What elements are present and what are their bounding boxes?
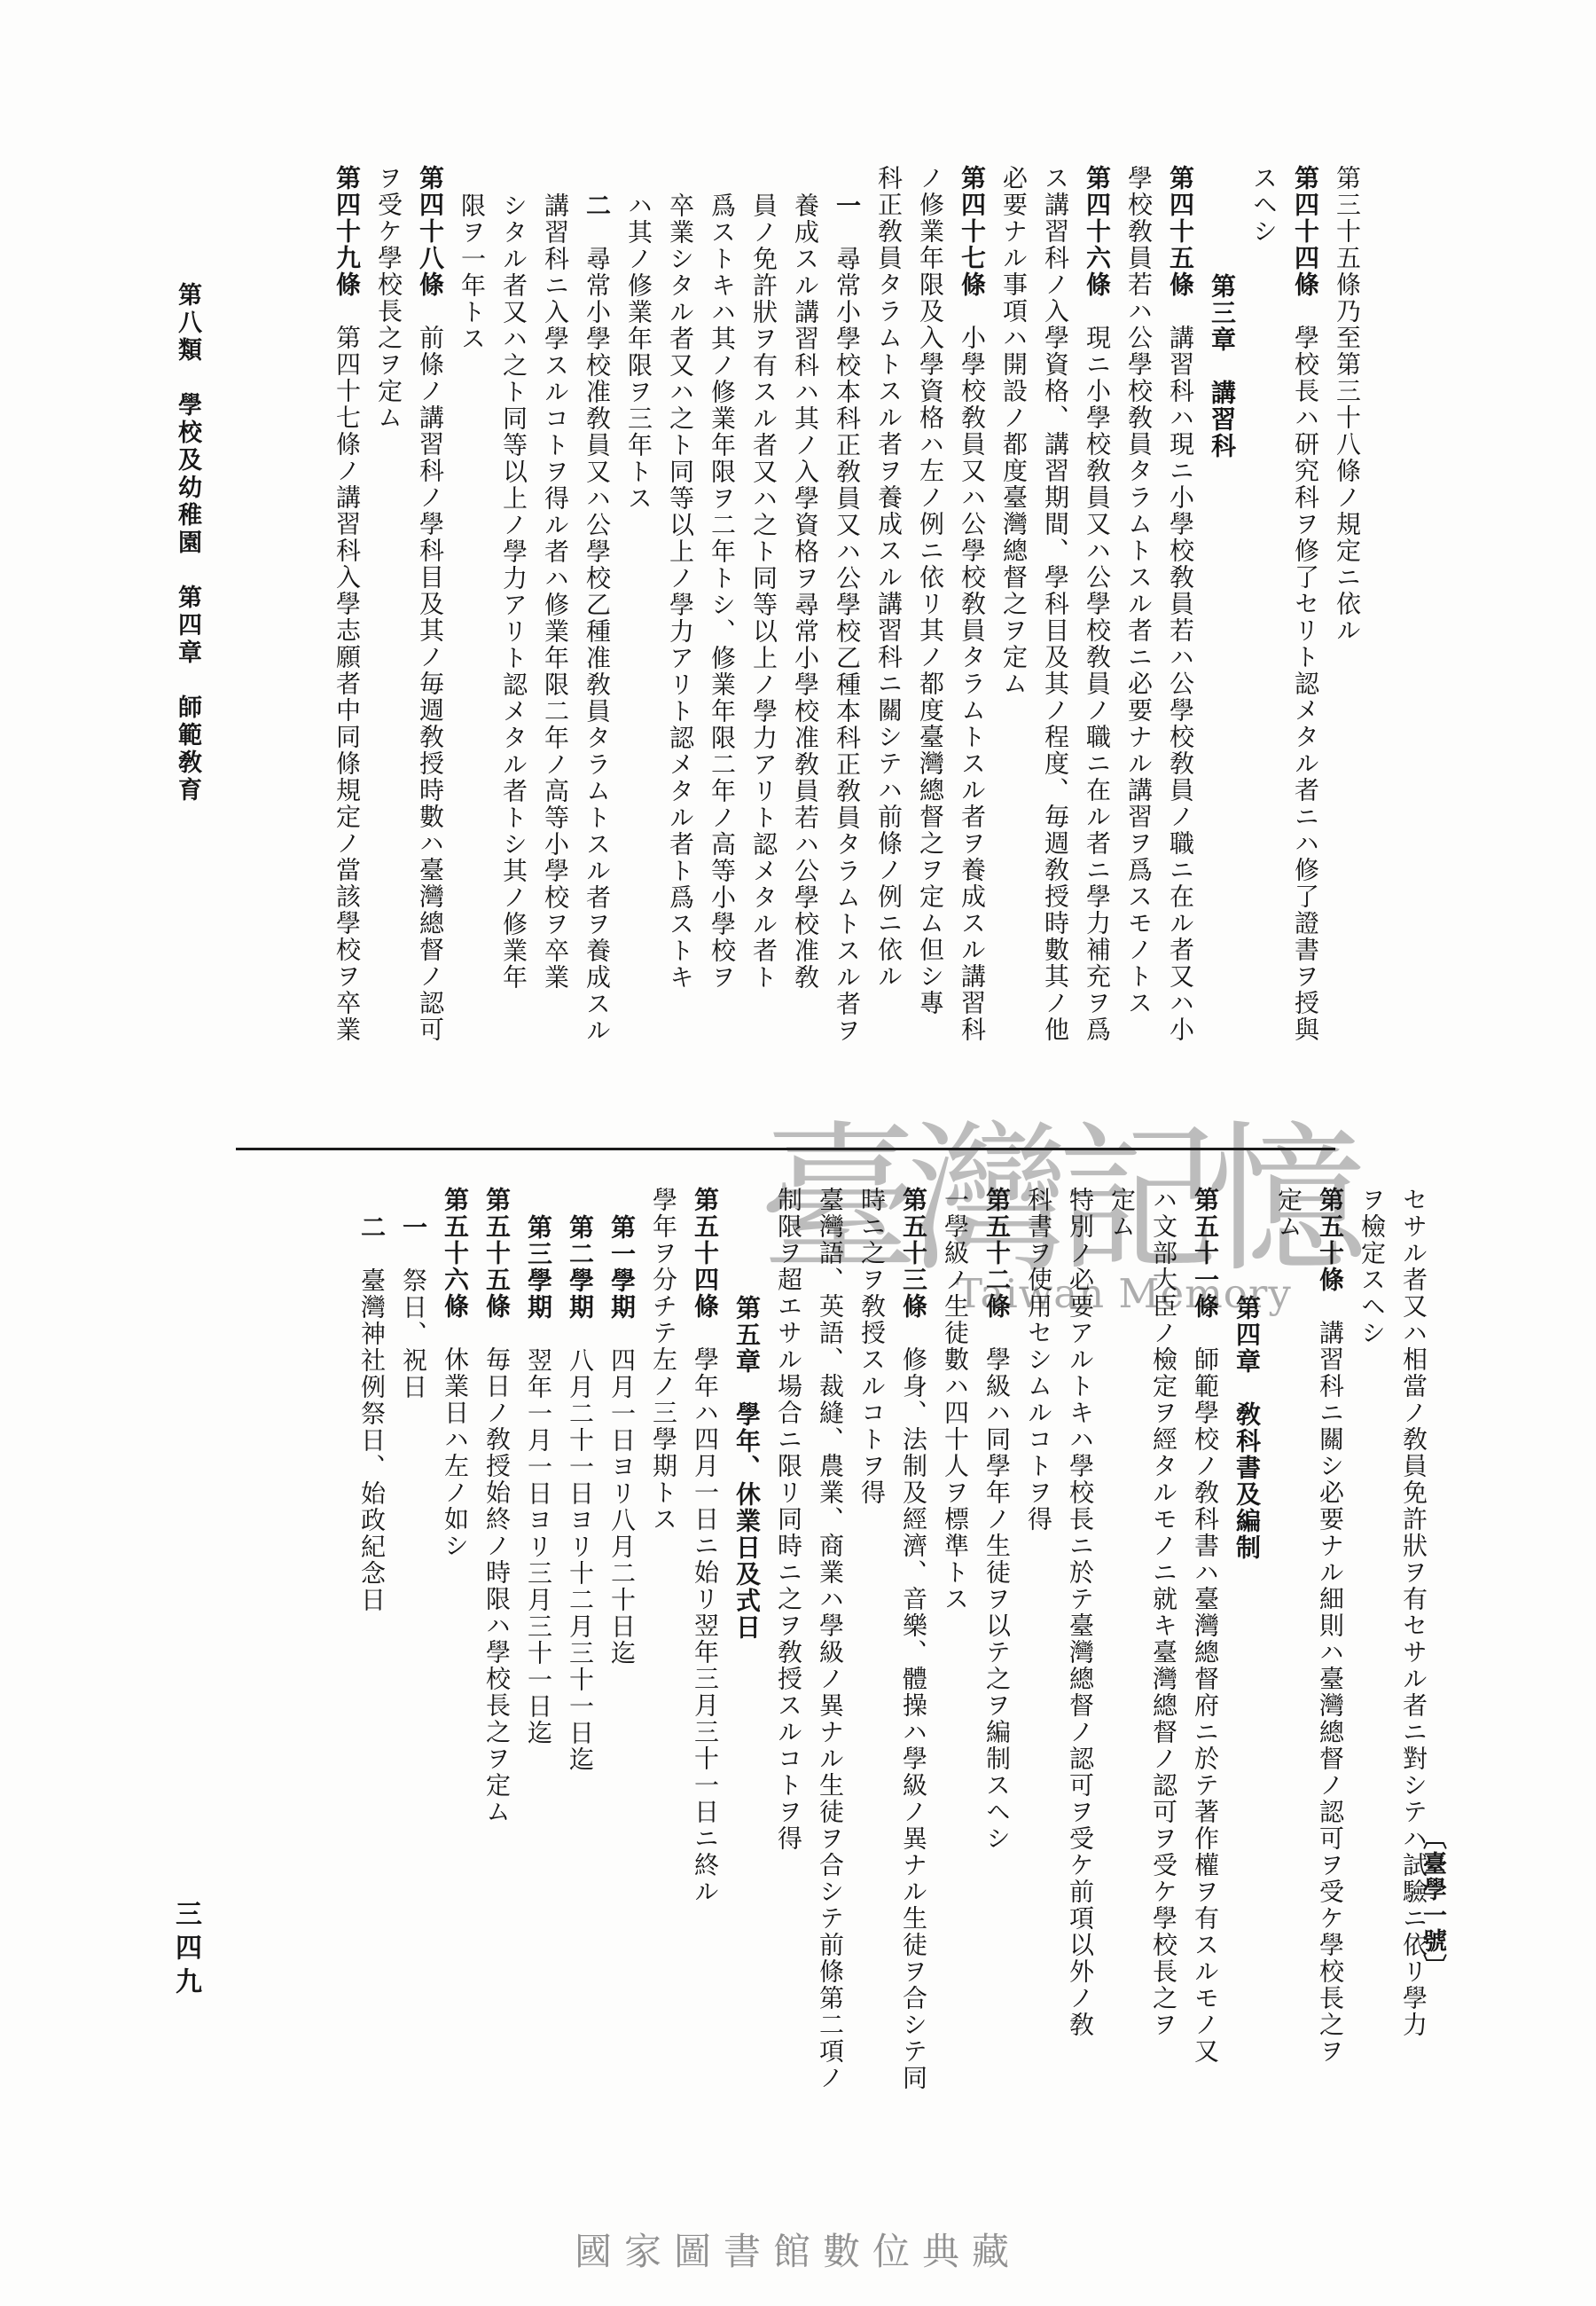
text-line: 定ム bbox=[1267, 1187, 1309, 2207]
text-line: 第三學期 翌年一月一日ヨリ三月三十一日迄 bbox=[517, 1187, 559, 2207]
text-line: 學年ヲ分チテ左ノ三學期トス bbox=[642, 1187, 684, 2207]
line-heading: 第五十三條 bbox=[899, 1187, 927, 1320]
text-line: シタル者又ハ之ト同等以上ノ學力アリト認メタル者トシ其ノ修業年 bbox=[492, 165, 534, 1167]
library-footer-label: 國家圖書館數位典藏 bbox=[0, 2223, 1596, 2276]
text-line: 制限ヲ超エサル場合ニ限リ同時ニ之ヲ敎授スルコトヲ得 bbox=[767, 1187, 809, 2207]
text-line: 員ノ免許狀ヲ有スル者又ハ之ト同等以上ノ學力アリト認メタル者ト bbox=[742, 165, 784, 1167]
line-heading: 第五十條 bbox=[1316, 1187, 1343, 1293]
line-heading: 二 bbox=[583, 192, 610, 219]
text-line: 第四十八條 前條ノ講習科ノ學科目及其ノ毎週敎授時數ハ臺灣總督ノ認可 bbox=[409, 165, 450, 1167]
text-line: 臺灣語、英語、裁縫、農業、商業ハ學級ノ異ナル生徒ヲ合シテ前條第二項ノ bbox=[809, 1187, 850, 2207]
text-line: 學校敎員若ハ公學校敎員タラムトスル者ニ必要ナル講習ヲ爲スモノトス bbox=[1117, 165, 1159, 1167]
text-line: 一學級ノ生徒數ハ四十人ヲ標準トス bbox=[934, 1187, 975, 2207]
text-line: 第五十六條 休業日ハ左ノ如シ bbox=[434, 1187, 475, 2207]
line-heading: 一 bbox=[399, 1214, 426, 1241]
text-line: 第五章 學年、休業日及式日 bbox=[725, 1187, 767, 2207]
text-line: 第五十四條 學年ハ四月一日ニ始リ翌年三月三十一日ニ終ル bbox=[684, 1187, 725, 2207]
text-line: スヘシ bbox=[1242, 165, 1284, 1167]
text-line: ヲ受ケ學校長之ヲ定ム bbox=[367, 165, 409, 1167]
line-heading: 第四章 bbox=[1232, 1295, 1260, 1375]
lower-text-block: セサル者又ハ相當ノ敎員免許狀ヲ有セサル者ニ對シテハ試驗ニ依リ學力ヲ檢定スヘシ第五… bbox=[350, 1187, 1434, 2207]
text-line: 爲ストキハ其ノ修業年限ヲ二年トシ、修業年限二年ノ高等小學校ヲ bbox=[700, 165, 742, 1167]
line-heading: 一 bbox=[833, 192, 860, 219]
text-line: ノ修業年限及入學資格ハ左ノ例ニ依リ其ノ都度臺灣總督之ヲ定ム但シ專 bbox=[909, 165, 951, 1167]
page-separator-rule bbox=[236, 1148, 1335, 1150]
line-heading: 第四十五條 bbox=[1166, 165, 1193, 298]
text-line: 二 尋常小學校准敎員又ハ公學校乙種准敎員タラムトスル者ヲ養成スル bbox=[575, 165, 617, 1167]
line-heading: 第四十七條 bbox=[958, 165, 985, 298]
line-heading: 第二學期 bbox=[566, 1214, 593, 1321]
text-line: 第五十三條 修身、法制及經濟、音樂、體操ハ學級ノ異ナル生徒ヲ合シテ同 bbox=[892, 1187, 934, 2207]
text-line: 第二學期 八月二十一日ヨリ十二月三十一日迄 bbox=[559, 1187, 600, 2207]
line-heading: 第一學期 bbox=[607, 1214, 635, 1321]
text-line: 科正敎員タラムトスル者ヲ養成スル講習科ニ關シテハ前條ノ例ニ依ル bbox=[867, 165, 909, 1167]
text-line: 時ニ之ヲ敎授スルコトヲ得 bbox=[850, 1187, 892, 2207]
text-line: 第五十五條 毎日ノ敎授始終ノ時限ハ學校長之ヲ定ム bbox=[475, 1187, 517, 2207]
text-line: 第四十六條 現ニ小學校敎員又ハ公學校敎員ノ職ニ在ル者ニ學力補充ヲ爲 bbox=[1076, 165, 1117, 1167]
text-line: 科書ヲ使用セシムルコトヲ得 bbox=[1017, 1187, 1059, 2207]
text-line: 第四十九條 第四十七條ノ講習科入學志願者中同條規定ノ當該學校ヲ卒業 bbox=[325, 165, 367, 1167]
text-line: 第五十一條 師範學校ノ敎科書ハ臺灣總督府ニ於テ著作權ヲ有スルモノ又 bbox=[1184, 1187, 1225, 2207]
text-line: 特別ノ必要アルトキハ學校長ニ於テ臺灣總督ノ認可ヲ受ケ前項以外ノ敎 bbox=[1059, 1187, 1100, 2207]
text-line: ハ文部大臣ノ檢定ヲ經タルモノニ就キ臺灣總督ノ認可ヲ受ケ學校長之ヲ bbox=[1142, 1187, 1184, 2207]
line-heading: 第四十四條 bbox=[1291, 165, 1318, 298]
line-heading: 第五章 bbox=[732, 1295, 760, 1375]
text-line: 卒業シタル者又ハ之ト同等以上ノ學力アリト認メタル者ト爲ストキ bbox=[659, 165, 700, 1167]
text-line: 二 臺灣神社例祭日、始政紀念日 bbox=[350, 1187, 392, 2207]
margin-note: 〔臺學一號〕 bbox=[1412, 1825, 1453, 1980]
line-heading: 二 bbox=[357, 1214, 385, 1241]
text-line: 第三十五條乃至第三十八條ノ規定ニ依ル bbox=[1326, 165, 1367, 1167]
line-heading: 第五十四條 bbox=[691, 1187, 718, 1320]
upper-text-block: 第三十五條乃至第三十八條ノ規定ニ依ル第四十四條 學校長ハ研究科ヲ修了セリト認メタ… bbox=[325, 165, 1367, 1167]
text-line: 第五十條 講習科ニ關シ必要ナル細則ハ臺灣總督ノ認可ヲ受ケ學校長之ヲ bbox=[1309, 1187, 1350, 2207]
text-line: ヲ檢定スヘシ bbox=[1350, 1187, 1392, 2207]
text-line: 限ヲ一年トス bbox=[450, 165, 492, 1167]
text-line: 第五十二條 學級ハ同學年ノ生徒ヲ以テ之ヲ編制スヘシ bbox=[975, 1187, 1017, 2207]
text-line: 第四十四條 學校長ハ研究科ヲ修了セリト認メタル者ニハ修了證書ヲ授與 bbox=[1284, 165, 1326, 1167]
text-line: 第四十五條 講習科ハ現ニ小學校敎員若ハ公學校敎員ノ職ニ在ル者又ハ小 bbox=[1159, 165, 1201, 1167]
line-heading: 第五十二條 bbox=[982, 1187, 1010, 1320]
text-line: 定ム bbox=[1100, 1187, 1142, 2207]
text-line: 第三章 講習科 bbox=[1201, 165, 1242, 1167]
text-line: ハ其ノ修業年限ヲ三年トス bbox=[617, 165, 659, 1167]
text-line: 一 祭日、祝日 bbox=[392, 1187, 434, 2207]
line-heading: 第四十六條 bbox=[1083, 165, 1110, 298]
text-line: セサル者又ハ相當ノ敎員免許狀ヲ有セサル者ニ對シテハ試驗ニ依リ學力 bbox=[1392, 1187, 1434, 2207]
text-line: 一 尋常小學校本科正敎員又ハ公學校乙種本科正敎員タラムトスル者ヲ bbox=[825, 165, 867, 1167]
page-number: 三四九 bbox=[165, 1900, 207, 2001]
running-header: 第八類 學校及幼稚園 第四章 師範敎育 bbox=[167, 282, 208, 804]
text-line: 第一學期 四月一日ヨリ八月二十日迄 bbox=[600, 1187, 642, 2207]
text-line: 第四十七條 小學校敎員又ハ公學校敎員タラムトスル者ヲ養成スル講習科 bbox=[951, 165, 992, 1167]
line-heading: 第四十八條 bbox=[416, 165, 443, 298]
line-heading: 第三章 bbox=[1208, 273, 1235, 353]
text-line: 講習科ニ入學スルコトヲ得ル者ハ修業年限二年ノ高等小學校ヲ卒業 bbox=[534, 165, 575, 1167]
text-line: 必要ナル事項ハ開設ノ都度臺灣總督之ヲ定ム bbox=[992, 165, 1034, 1167]
line-heading: 第三學期 bbox=[524, 1214, 552, 1321]
line-heading: 第四十九條 bbox=[332, 165, 360, 298]
text-line: 第四章 敎科書及編制 bbox=[1225, 1187, 1267, 2207]
text-line: ス講習科ノ入學資格、講習期間、學科目及其ノ程度、毎週敎授時數其ノ他 bbox=[1034, 165, 1076, 1167]
line-heading: 第五十六條 bbox=[441, 1187, 468, 1320]
text-line: 養成スル講習科ハ其ノ入學資格ヲ尋常小學校准敎員若ハ公學校准敎 bbox=[784, 165, 825, 1167]
line-heading: 第五十五條 bbox=[482, 1187, 510, 1320]
scanned-document-page: { "colors": { "ink": "#161616", "waterma… bbox=[0, 0, 1596, 2306]
line-heading: 第五十一條 bbox=[1191, 1187, 1218, 1320]
